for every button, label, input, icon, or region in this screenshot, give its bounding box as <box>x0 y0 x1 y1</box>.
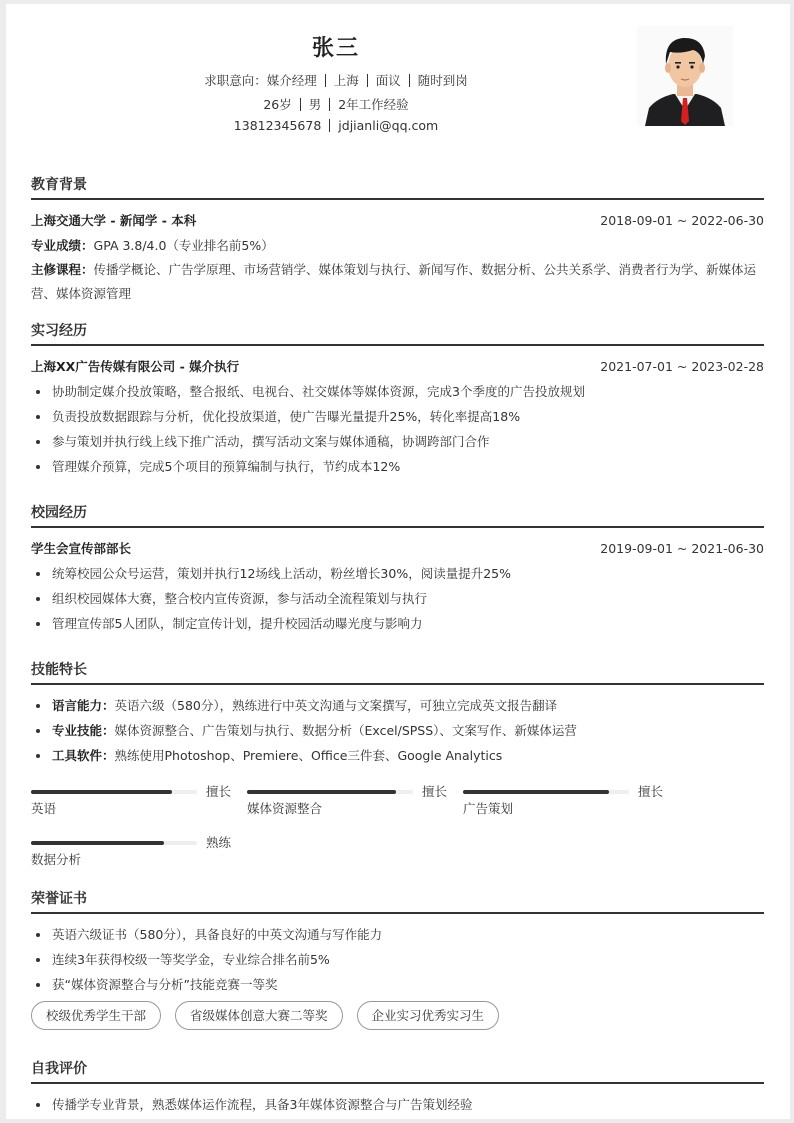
personal-info-line: 26岁男2年工作经验 <box>6 95 666 113</box>
skill-bar-track <box>31 790 197 794</box>
section-education: 教育背景 上海交通大学 - 新闻学 - 本科 2018-09-01 ~ 2022… <box>31 174 764 306</box>
list-item: 统筹校园公众号运营，策划并执行12场线上活动，粉丝增长30%，阅读量提升25% <box>31 561 764 586</box>
divider <box>300 98 301 111</box>
section-title: 自我评价 <box>31 1058 764 1080</box>
gpa-value: GPA 3.8/4.0（专业排名前5%） <box>94 238 274 253</box>
list-item: 组织校园媒体大赛，整合校内宣传资源，参与活动全流程策划与执行 <box>31 586 764 611</box>
email: jdjianli@qq.com <box>338 118 438 133</box>
skill-bar-track <box>31 841 197 845</box>
list-item: 管理媒介预算，完成5个项目的预算编制与执行，节约成本12% <box>31 454 764 479</box>
skill-value: 熟练使用Photoshop、Premiere、Office三件套、Google … <box>115 748 503 763</box>
section-self-evaluation: 自我评价 传播学专业背景，熟悉媒体运作流程，具备3年媒体资源整合与广告策划经验 <box>31 1058 764 1117</box>
internship-date: 2021-07-01 ~ 2023-02-28 <box>600 354 764 379</box>
job-intent-line: 求职意向：媒介经理上海面议随时到岗 <box>6 71 666 89</box>
list-item: 语言能力：英语六级（580分），熟练进行中英文沟通与文案撰写，可独立完成英文报告… <box>31 693 764 718</box>
skill-level: 熟练 <box>206 833 231 851</box>
education-date: 2018-09-01 ~ 2022-06-30 <box>600 208 764 233</box>
skill-name: 英语 <box>31 799 56 817</box>
list-item: 获“媒体资源整合与分析”技能竞赛一等奖 <box>31 972 764 997</box>
list-item: 协助制定媒介投放策略，整合报纸、电视台、社交媒体等媒体资源，完成3个季度的广告投… <box>31 379 764 404</box>
education-entry: 上海交通大学 - 新闻学 - 本科 2018-09-01 ~ 2022-06-3… <box>31 208 764 233</box>
experience-years: 2年工作经验 <box>338 97 408 112</box>
section-title: 技能特长 <box>31 659 764 681</box>
skill-level: 擅长 <box>638 782 663 800</box>
skill-name: 广告策划 <box>463 799 513 817</box>
school-degree: 上海交通大学 - 新闻学 - 本科 <box>31 213 196 228</box>
honor-tags: 校级优秀学生干部 省级媒体创意大赛二等奖 企业实习优秀实习生 <box>31 1001 764 1030</box>
skill-value: 英语六级（580分），熟练进行中英文沟通与文案撰写，可独立完成英文报告翻译 <box>115 698 558 713</box>
skill-label: 语言能力： <box>52 698 115 713</box>
skill-bar-english: 擅长 英语 <box>31 784 241 824</box>
skill-bar-track <box>463 790 629 794</box>
skill-level: 擅长 <box>422 782 447 800</box>
gpa-row: 专业成绩：GPA 3.8/4.0（专业排名前5%） <box>31 233 764 258</box>
section-skills: 技能特长 语言能力：英语六级（580分），熟练进行中英文沟通与文案撰写，可独立完… <box>31 659 764 874</box>
avatar <box>637 26 733 126</box>
honor-tag: 省级媒体创意大赛二等奖 <box>175 1001 343 1030</box>
divider <box>409 74 410 87</box>
campus-date: 2019-09-01 ~ 2021-06-30 <box>600 536 764 561</box>
skill-bar-track <box>247 790 413 794</box>
skills-bullets: 语言能力：英语六级（580分），熟练进行中英文沟通与文案撰写，可独立完成英文报告… <box>31 693 764 768</box>
internship-entry: 上海XX广告传媒有限公司 - 媒介执行 2021-07-01 ~ 2023-02… <box>31 354 764 379</box>
gpa-label: 专业成绩： <box>31 238 94 253</box>
skill-name: 媒体资源整合 <box>247 799 322 817</box>
list-item: 专业技能：媒体资源整合、广告策划与执行、数据分析（Excel/SPSS）、文案写… <box>31 718 764 743</box>
list-item: 参与策划并执行线上线下推广活动，撰写活动文案与媒体通稿，协调跨部门合作 <box>31 429 764 454</box>
honor-tag: 企业实习优秀实习生 <box>357 1001 500 1030</box>
divider <box>367 74 368 87</box>
skill-value: 媒体资源整合、广告策划与执行、数据分析（Excel/SPSS）、文案写作、新媒体… <box>115 723 577 738</box>
honor-tag: 校级优秀学生干部 <box>31 1001 161 1030</box>
candidate-name: 张三 <box>6 31 666 62</box>
skill-label: 专业技能： <box>52 723 115 738</box>
skill-bar-fill <box>247 790 396 794</box>
list-item: 传播学专业背景，熟悉媒体运作流程，具备3年媒体资源整合与广告策划经验 <box>31 1092 764 1117</box>
list-item: 负责投放数据跟踪与分析，优化投放渠道，使广告曝光量提升25%，转化率提高18% <box>31 404 764 429</box>
avatar-portrait-icon <box>637 26 733 126</box>
courses-row: 主修课程：传播学概论、广告学原理、市场营销学、媒体策划与执行、新闻写作、数据分析… <box>31 258 764 306</box>
resume-page: 张三 求职意向：媒介经理上海面议随时到岗 26岁男2年工作经验 13812345… <box>6 4 790 1119</box>
courses-label: 主修课程： <box>31 262 94 277</box>
section-title: 教育背景 <box>31 174 764 196</box>
resume-header: 张三 求职意向：媒介经理上海面议随时到岗 26岁男2年工作经验 13812345… <box>6 4 790 154</box>
honors-bullets: 英语六级证书（580分），具备良好的中英文沟通与写作能力 连续3年获得校级一等奖… <box>31 922 764 997</box>
skill-bar-fill <box>31 841 164 845</box>
self-eval-bullets: 传播学专业背景，熟悉媒体运作流程，具备3年媒体资源整合与广告策划经验 <box>31 1092 764 1117</box>
section-title: 校园经历 <box>31 502 764 524</box>
list-item: 工具软件：熟练使用Photoshop、Premiere、Office三件套、Go… <box>31 743 764 768</box>
skill-level: 擅长 <box>206 782 231 800</box>
skill-bar-ad-planning: 擅长 广告策划 <box>463 784 673 824</box>
list-item: 管理宣传部5人团队，制定宣传计划，提升校园活动曝光度与影响力 <box>31 611 764 636</box>
skill-bar-media-resources: 擅长 媒体资源整合 <box>247 784 457 824</box>
phone: 13812345678 <box>234 118 321 133</box>
section-campus: 校园经历 学生会宣传部部长 2019-09-01 ~ 2021-06-30 统筹… <box>31 502 764 636</box>
skill-bar-fill <box>463 790 609 794</box>
list-item: 英语六级证书（580分），具备良好的中英文沟通与写作能力 <box>31 922 764 947</box>
divider <box>325 74 326 87</box>
job-intent: 求职意向：媒介经理 <box>204 73 317 88</box>
skill-bar-data-analysis: 熟练 数据分析 <box>31 835 241 875</box>
location: 上海 <box>334 73 359 88</box>
age: 26岁 <box>263 97 291 112</box>
divider <box>329 98 330 111</box>
availability: 随时到岗 <box>418 73 468 88</box>
contact-line: 13812345678jdjianli@qq.com <box>6 118 666 133</box>
section-title: 荣誉证书 <box>31 888 764 910</box>
skill-name: 数据分析 <box>31 850 81 868</box>
campus-entry: 学生会宣传部部长 2019-09-01 ~ 2021-06-30 <box>31 536 764 561</box>
list-item: 连续3年获得校级一等奖学金，专业综合排名前5% <box>31 947 764 972</box>
skill-label: 工具软件： <box>52 748 115 763</box>
divider <box>329 119 330 132</box>
internship-bullets: 协助制定媒介投放策略，整合报纸、电视台、社交媒体等媒体资源，完成3个季度的广告投… <box>31 379 764 479</box>
section-title: 实习经历 <box>31 320 764 342</box>
campus-bullets: 统筹校园公众号运营，策划并执行12场线上活动，粉丝增长30%，阅读量提升25% … <box>31 561 764 636</box>
section-internship: 实习经历 上海XX广告传媒有限公司 - 媒介执行 2021-07-01 ~ 20… <box>31 320 764 479</box>
courses-value: 传播学概论、广告学原理、市场营销学、媒体策划与执行、新闻写作、数据分析、公共关系… <box>31 262 756 301</box>
section-honors: 荣誉证书 英语六级证书（580分），具备良好的中英文沟通与写作能力 连续3年获得… <box>31 888 764 1030</box>
skill-bar-fill <box>31 790 172 794</box>
campus-role: 学生会宣传部部长 <box>31 541 131 556</box>
gender: 男 <box>309 97 322 112</box>
salary: 面议 <box>376 73 401 88</box>
company-role: 上海XX广告传媒有限公司 - 媒介执行 <box>31 359 239 374</box>
